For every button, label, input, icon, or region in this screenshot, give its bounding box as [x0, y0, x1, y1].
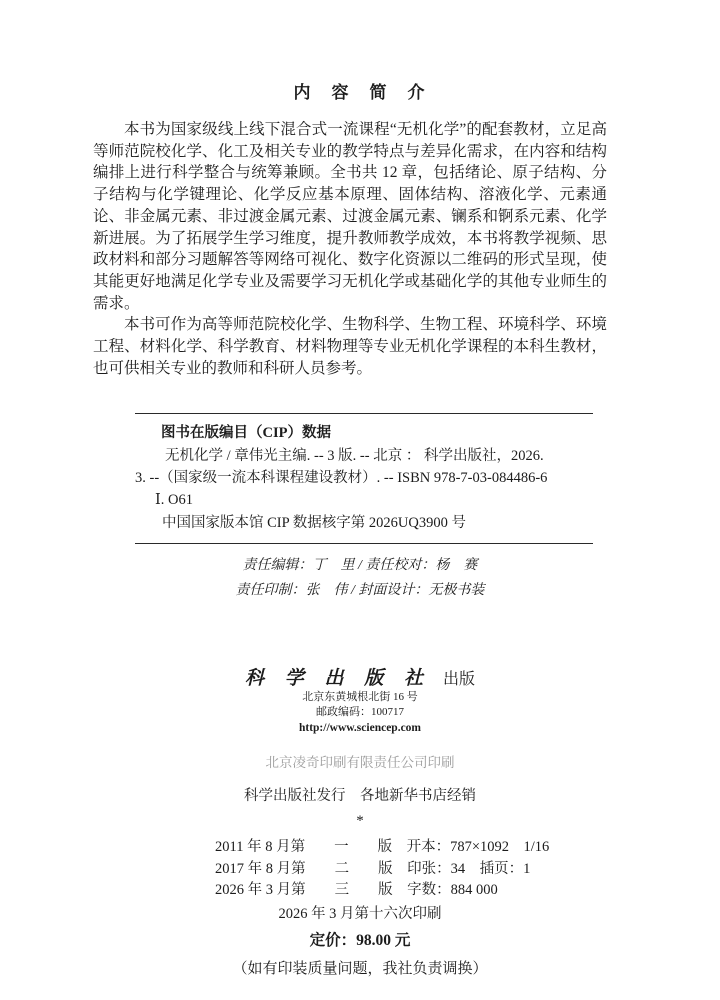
cip-line-record-number: 中国国家版本馆 CIP 数据核字第 2026UQ3900 号 [135, 512, 593, 534]
publisher-postcode: 邮政编码：100717 [0, 705, 720, 721]
summary-paragraph-1: 本书为国家级线上线下混合式一流课程“无机化学”的配套教材，立足高等师范院校化学、… [93, 119, 607, 314]
publisher-block: 科 学 出 版 社 出版 北京东黄城根北街 16 号 邮政编码：100717 h… [0, 663, 720, 829]
cip-line-classification: Ⅰ. O61 [135, 489, 593, 511]
page-title: 内 容 简 介 [0, 0, 720, 103]
printing-run-line: 2026 年 3 月第十六次印刷 [0, 902, 720, 923]
distribution-line: 科学出版社发行 各地新华书店经销 [0, 784, 720, 805]
publisher-address: 北京东黄城根北街 16 号 [0, 690, 720, 706]
edition-line-3: 2026 年 3 月第 三 版 字数：884 000 [215, 880, 720, 902]
edition-history: 2011 年 8 月第 一 版 开本：787×1092 1/16 2017 年 … [215, 837, 720, 902]
copyright-page: 内 容 简 介 本书为国家级线上线下混合式一流课程“无机化学”的配套教材，立足高… [0, 0, 720, 1000]
quality-note: （如有印装质量问题，我社负责调换） [0, 957, 720, 978]
cip-line-isbn: 3. --（国家级一流本科课程建设教材）. -- ISBN 978-7-03-0… [135, 467, 593, 489]
separator-star: * [0, 814, 720, 828]
publisher-logo: 科 学 出 版 社 [245, 668, 431, 689]
publisher-website: http://www.sciencep.com [0, 721, 720, 737]
price-line: 定价：98.00 元 [0, 928, 720, 950]
cip-data-box: 图书在版编目（CIP）数据 无机化学 / 章伟光主编. -- 3 版. -- 北… [135, 413, 593, 543]
staff-printing-line: 责任印制：张 伟 / 封面设计：无极书装 [0, 578, 720, 603]
printer-line: 北京凌奇印刷有限责任公司印刷 [0, 751, 720, 771]
edition-line-1: 2011 年 8 月第 一 版 开本：787×1092 1/16 [215, 837, 720, 859]
cip-heading: 图书在版编目（CIP）数据 [135, 422, 593, 444]
content-summary: 本书为国家级线上线下混合式一流课程“无机化学”的配套教材，立足高等师范院校化学、… [93, 119, 607, 379]
edition-line-2: 2017 年 8 月第 二 版 印张：34 插页：1 [215, 859, 720, 881]
staff-editor-line: 责任编辑：丁 里 / 责任校对：杨 赛 [0, 553, 720, 578]
cip-line-book-info: 无机化学 / 章伟光主编. -- 3 版. -- 北京 ： 科学出版社，2026… [135, 445, 593, 467]
staff-credits: 责任编辑：丁 里 / 责任校对：杨 赛 责任印制：张 伟 / 封面设计：无极书装 [0, 553, 720, 603]
publisher-logo-suffix: 出版 [443, 671, 475, 688]
summary-paragraph-2: 本书可作为高等师范院校化学、生物科学、生物工程、环境科学、环境工程、材料化学、科… [93, 314, 607, 379]
publisher-logo-line: 科 学 出 版 社 出版 [0, 663, 720, 690]
